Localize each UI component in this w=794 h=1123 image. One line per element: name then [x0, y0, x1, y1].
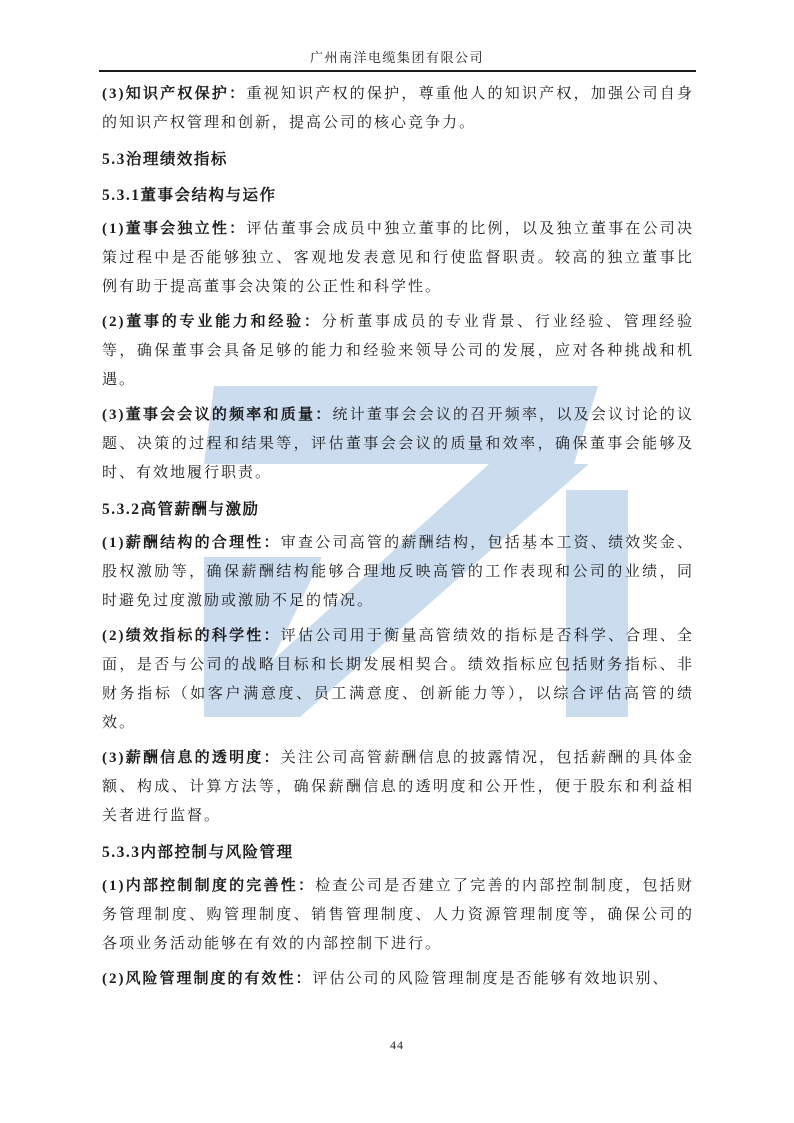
section-heading: 5.3.2高管薪酬与激励: [102, 495, 694, 524]
header-rule: [99, 70, 696, 72]
paragraph: (2)绩效指标的科学性：评估公司用于衡量高管绩效的指标是否科学、合理、全面，是否…: [102, 622, 694, 738]
paragraph: (1)董事会独立性：评估董事会成员中独立董事的比例，以及独立董事在公司决策过程中…: [102, 215, 694, 302]
company-name: 广州南洋电缆集团有限公司: [310, 50, 484, 65]
paragraph-lead: (3)薪酬信息的透明度：: [102, 750, 281, 766]
paragraph-lead: (2)风险管理制度的有效性：: [102, 971, 313, 987]
paragraph-lead: (3)董事会会议的频率和质量：: [102, 407, 332, 423]
paragraph: (1)内部控制制度的完善性：检查公司是否建立了完善的内部控制制度，包括财务管理制…: [102, 872, 694, 959]
paragraph: (3)董事会会议的频率和质量：统计董事会会议的召开频率，以及会议讨论的议题、决策…: [102, 401, 694, 488]
paragraph-lead: (1)薪酬结构的合理性：: [102, 535, 281, 551]
section-heading: 5.3.1董事会结构与运作: [102, 181, 694, 210]
page-footer: 44: [0, 1038, 794, 1053]
page-number: 44: [390, 1038, 404, 1052]
paragraph-text: 评估公司的风险管理制度是否能够有效地识别、: [313, 971, 670, 987]
paragraph-lead: (2)绩效指标的科学性：: [102, 628, 281, 644]
paragraph-lead: (1)董事会独立性：: [102, 221, 246, 237]
paragraph: (2)董事的专业能力和经验：分析董事成员的专业背景、行业经验、管理经验等，确保董…: [102, 308, 694, 395]
paragraph: (1)薪酬结构的合理性：审查公司高管的薪酬结构，包括基本工资、绩效奖金、股权激励…: [102, 529, 694, 616]
document-body: (3)知识产权保护：重视知识产权的保护，尊重他人的知识产权，加强公司自身的知识产…: [102, 80, 694, 1000]
paragraph-lead: (2)董事的专业能力和经验：: [102, 314, 322, 330]
paragraph-lead: (3)知识产权保护：: [102, 86, 246, 102]
page-header: 广州南洋电缆集团有限公司: [99, 47, 695, 66]
document-page: 广州南洋电缆集团有限公司 (3)知识产权保护：重视知识产权的保护，尊重他人的知识…: [0, 0, 794, 1123]
paragraph: (3)薪酬信息的透明度：关注公司高管薪酬信息的披露情况，包括薪酬的具体金额、构成…: [102, 744, 694, 831]
paragraph: (3)知识产权保护：重视知识产权的保护，尊重他人的知识产权，加强公司自身的知识产…: [102, 80, 694, 138]
section-heading: 5.3治理绩效指标: [102, 145, 694, 174]
paragraph-lead: (1)内部控制制度的完善性：: [102, 878, 315, 894]
paragraph: (2)风险管理制度的有效性：评估公司的风险管理制度是否能够有效地识别、: [102, 965, 694, 994]
section-heading: 5.3.3内部控制与风险管理: [102, 838, 694, 867]
